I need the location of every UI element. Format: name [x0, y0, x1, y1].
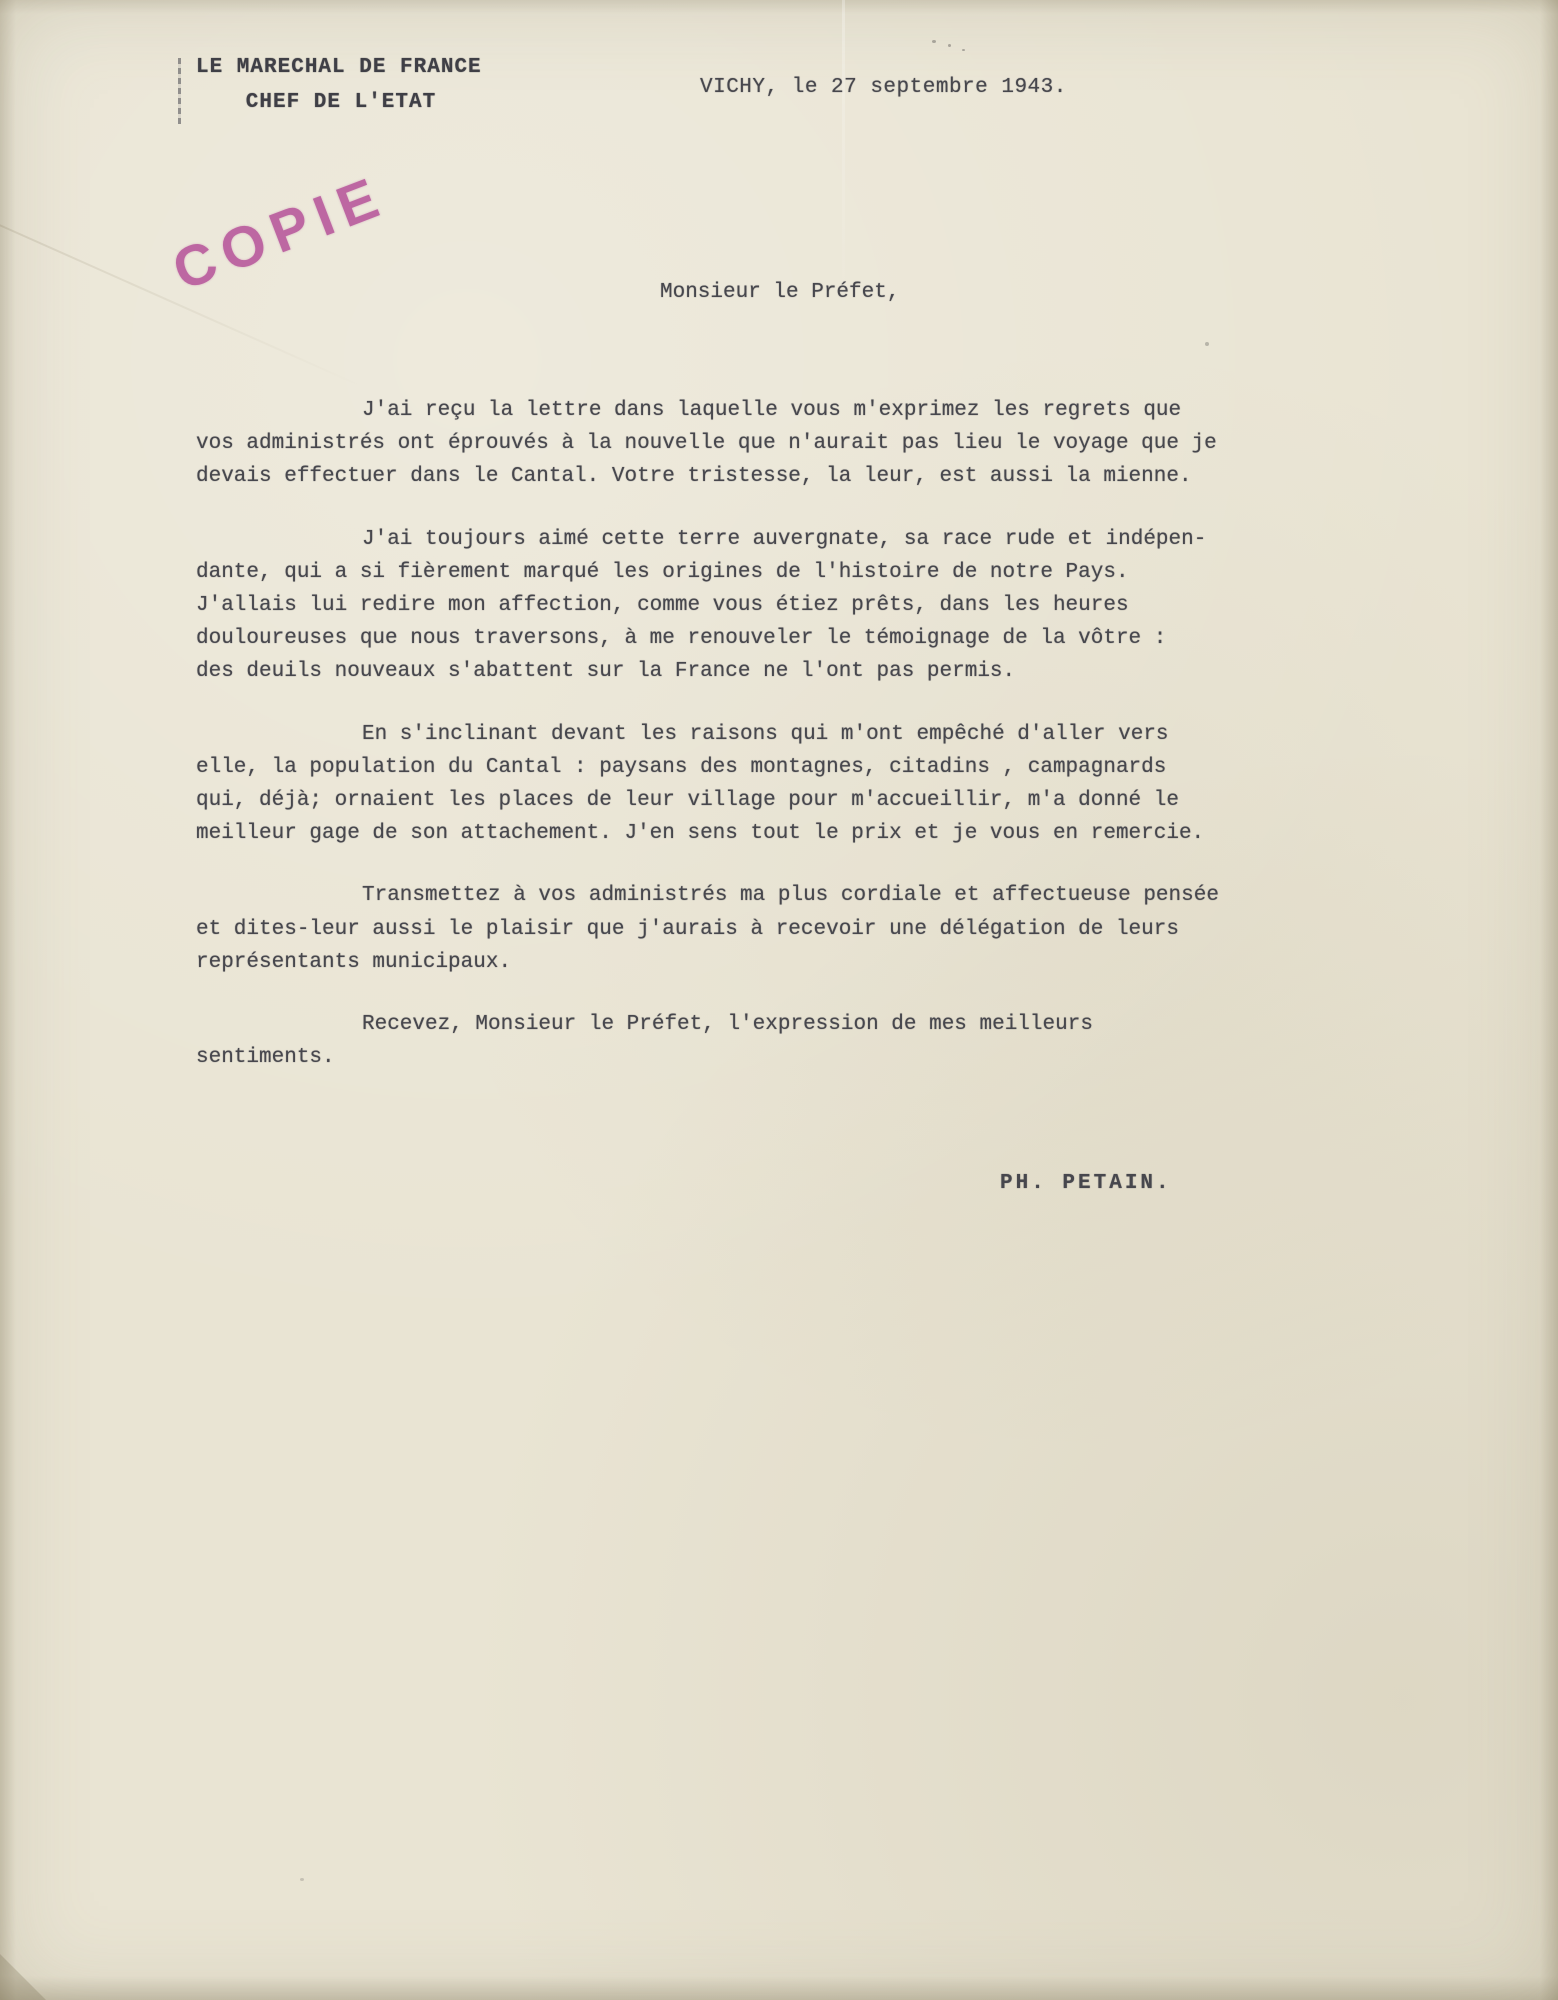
body-line: Recevez, Monsieur le Préfet, l'expressio… — [196, 1008, 1306, 1041]
body-line: sentiments. — [196, 1041, 1306, 1074]
body-line: des deuils nouveaux s'abattent sur la Fr… — [196, 655, 1306, 688]
paper-speck — [932, 40, 936, 43]
body-paragraph: J'ai toujours aimé cette terre auvergnat… — [196, 523, 1306, 689]
dateline: VICHY, le 27 septembre 1943. — [700, 76, 1067, 99]
body-paragraph: En s'inclinant devant les raisons qui m'… — [196, 718, 1306, 851]
paper-speck — [300, 1878, 304, 1881]
letterhead-line1: LE MARECHAL DE FRANCE — [196, 50, 486, 85]
copy-stamp: COPIE — [164, 162, 395, 303]
paper-crease — [842, 0, 845, 320]
body-line: meilleur gage de son attachement. J'en s… — [196, 817, 1306, 850]
body-line: Transmettez à vos administrés ma plus co… — [196, 879, 1306, 912]
margin-mark — [178, 58, 181, 124]
body-line: qui, déjà; ornaient les places de leur v… — [196, 784, 1306, 817]
paper-speck — [948, 44, 951, 47]
body-line: douloureuses que nous traversons, à me r… — [196, 622, 1306, 655]
letterhead: LE MARECHAL DE FRANCE CHEF DE L'ETAT — [196, 50, 486, 120]
body-line: vos administrés ont éprouvés à la nouvel… — [196, 427, 1306, 460]
letter-page: LE MARECHAL DE FRANCE CHEF DE L'ETAT VIC… — [0, 0, 1558, 2000]
body-paragraph: J'ai reçu la lettre dans laquelle vous m… — [196, 394, 1306, 494]
body-line: elle, la population du Cantal : paysans … — [196, 751, 1306, 784]
body-line: J'ai toujours aimé cette terre auvergnat… — [196, 523, 1306, 556]
salutation: Monsieur le Préfet, — [660, 281, 899, 304]
body-line: dante, qui a si fièrement marqué les ori… — [196, 556, 1306, 589]
body-paragraph: Recevez, Monsieur le Préfet, l'expressio… — [196, 1008, 1306, 1074]
body-line: En s'inclinant devant les raisons qui m'… — [196, 718, 1306, 751]
body-line: J'ai reçu la lettre dans laquelle vous m… — [196, 394, 1306, 427]
body-line: et dites-leur aussi le plaisir que j'aur… — [196, 913, 1306, 946]
corner-fold — [0, 1954, 46, 2000]
signature: PH. PETAIN. — [1000, 1172, 1172, 1195]
paper-speck — [1205, 342, 1209, 346]
paper-speck — [962, 49, 965, 51]
body-line: devais effectuer dans le Cantal. Votre t… — [196, 460, 1306, 493]
letter-body: J'ai reçu la lettre dans laquelle vous m… — [196, 394, 1306, 1103]
letterhead-line2: CHEF DE L'ETAT — [196, 85, 486, 120]
body-line: J'allais lui redire mon affection, comme… — [196, 589, 1306, 622]
body-paragraph: Transmettez à vos administrés ma plus co… — [196, 879, 1306, 979]
body-line: représentants municipaux. — [196, 946, 1306, 979]
